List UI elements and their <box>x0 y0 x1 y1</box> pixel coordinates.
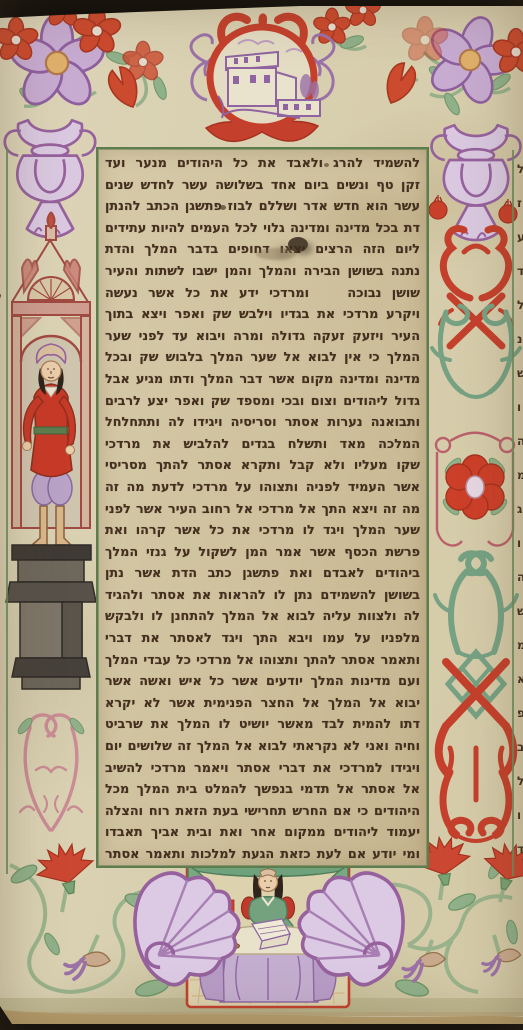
text-line: וחיה ואני לא נקראתי לבוא אל המלך זה שלוש… <box>105 736 420 758</box>
edge-letter: ז <box>517 196 523 210</box>
hand-right <box>66 446 75 455</box>
text-line: היהודים כי אם החרש תחרישי בעת הזאת רוח ו… <box>105 801 420 823</box>
edge-letter: ב <box>0 738 6 752</box>
edge-letter: י <box>0 458 6 472</box>
edge-letter: ד <box>517 842 523 856</box>
edge-letter: נ <box>517 332 523 346</box>
text-line: מה זה ויצא התך אל מרדכי אל רחוב העיר אשר… <box>105 499 420 521</box>
edge-letter: ד <box>517 264 523 278</box>
edge-letter: ב <box>517 740 523 754</box>
edge-letter: ש <box>0 290 6 304</box>
text-line: ויגידו למרדכי את דברי אסתר ויאמר מרדכי ל… <box>105 758 420 780</box>
edge-letter: ו <box>517 400 523 414</box>
edge-letter: מ <box>517 638 523 652</box>
text-line: שער המלך ויגד לו מרדכי את כל אשר קרהו וא… <box>105 520 420 542</box>
stone-pedestal <box>6 545 96 689</box>
red-acanthus-cross <box>440 229 512 346</box>
text-line: ותבואנה נערות אסתר וסריסיה ויגידו לה ותת… <box>105 412 420 434</box>
edge-letter: ם <box>0 794 6 808</box>
text-line: אשר העמיד לפניה ותצוהו על מרדכי לדעת מה … <box>105 477 420 499</box>
text-line: שושן נבוכה ומרדכי ידע את כל אשר נעשה <box>105 283 420 305</box>
edge-letter: ל <box>0 598 6 612</box>
pink-scroll-ornament <box>20 715 82 830</box>
text-line: ומי יודע אם לעת כזאת הגעת למלכות ותאמר א… <box>105 844 420 866</box>
text-line: להשמיד להרג ולאבד את כל היהודים מנער ועד <box>105 153 420 175</box>
edge-letter: ה <box>517 434 523 448</box>
edge-letter: ג <box>517 502 523 516</box>
edge-letter: ד <box>0 430 6 444</box>
edge-letter: ב <box>0 262 6 276</box>
edge-letter: ל <box>517 774 523 788</box>
rose-cartouche <box>436 433 514 546</box>
edge-letter: ש <box>517 604 523 618</box>
edge-letter: ה <box>0 626 6 640</box>
text-line: ועם מדינות המלך יודעים אשר כל איש ואשה א… <box>105 671 420 693</box>
text-line: יעמוד ליהודים ממקום אחר ואת ובית אביך תא… <box>105 822 420 844</box>
coat-skirt <box>31 430 72 477</box>
text-line: ליום הזה הרצים יצאו דחופים בדבר המלך והד… <box>105 239 420 261</box>
edge-letter: ו <box>517 808 523 822</box>
edge-strip-right: לזעדלנשוהמגוהשמאפבלוד <box>517 142 523 882</box>
text-line: לה ולצוות עליה לבוא אל המלך להתחנן לו ול… <box>105 606 420 628</box>
edge-letter: ז <box>0 710 6 724</box>
edge-letter: ם <box>0 486 6 500</box>
edge-letter: ל <box>517 298 523 312</box>
text-line: המלך כי אין לבוא אל שער המלך בלבוש שק וב… <box>105 347 420 369</box>
edge-letter: ו <box>517 536 523 550</box>
edge-letter: ע <box>517 230 523 244</box>
edge-letter: ל <box>517 162 523 176</box>
text-line: גדול ליהודים וצום ובכי ומספד שק ואפר יצע… <box>105 391 420 413</box>
text-line: זקן טף ונשים ביום אחד בשלושה עשר לחדש שנ… <box>105 175 420 197</box>
edge-letter: ם <box>0 178 6 192</box>
edge-letter: ם <box>0 682 6 696</box>
text-line: עשר הוא חדש אדר ושללם לבוז פתשגן הכתב לה… <box>105 196 420 218</box>
edge-strip-left: ךםותבשלהרןדיםותבלהרםזבתם <box>0 142 6 882</box>
text-line: שקו מעליו ולא קבל ותקרא אסתר להתך מסריסי… <box>105 455 420 477</box>
text-line: דתו להמית לבד מאשר יושיט לו המלך את שרבי… <box>105 714 420 736</box>
manuscript-page: להשמיד להרג ולאבד את כל היהודים מנער ועד… <box>0 0 523 1030</box>
edge-letter: ה <box>517 570 523 584</box>
text-line: יבוא אל המלך אל החצר הפנימית אשר לא יקרא… <box>105 693 420 715</box>
edge-letter: ב <box>0 570 6 584</box>
edge-letter: מ <box>517 468 523 482</box>
edge-letter: ת <box>0 234 6 248</box>
edge-letter: ת <box>0 542 6 556</box>
text-line: פרשת הכסף אשר אמר המן לשקול על גנזי המלך <box>105 542 420 564</box>
text-lines: להשמיד להרג ולאבד את כל היהודים מנער ועד… <box>105 153 420 866</box>
text-line: נתנה בשושן הבירה והמלך והמן ישבו לשתות ו… <box>105 261 420 283</box>
edge-letter: ו <box>0 206 6 220</box>
top-medallion <box>191 16 334 141</box>
text-line: המלכה מאד ותשלח בגדים להלביש את מרדכי ול… <box>105 434 420 456</box>
text-line: ויקרע מרדכי את בגדיו וילבש שק ואפר ויצא … <box>105 304 420 326</box>
edge-letter: ך <box>0 150 6 164</box>
belt <box>34 427 67 434</box>
left-border-column <box>5 120 96 830</box>
green-double-scroll <box>435 553 517 657</box>
edge-letter: ל <box>0 318 6 332</box>
text-line: אל אסתר אל תדמי בנפשך להמלט בית המלך מכל <box>105 779 420 801</box>
edge-letter: ר <box>0 654 6 668</box>
text-line: העיר ויזעק זעקה גדולה ומרה ויבוא עד לפני… <box>105 326 420 348</box>
edge-letter: ה <box>0 346 6 360</box>
text-line: ותאמר אסתר להתך ותצוהו אל מרדכי כל עבדי … <box>105 650 420 672</box>
hebrew-text-block: להשמיד להרג ולאבד את כל היהודים מנער ועד… <box>96 147 429 868</box>
edge-letter: פ <box>517 706 523 720</box>
text-line: דת בכל מדינה ומדינה גלוי לכל העמים להיות… <box>105 218 420 240</box>
text-line: ביהודים לאבדם ואת פתשגן כתב הדת אשר נתן <box>105 563 420 585</box>
bottom-vignette <box>128 857 410 1007</box>
edge-letter: ן <box>0 402 6 416</box>
text-line: מלפניו על עמו ויבא התך ויגד לאסתר את דבר… <box>105 628 420 650</box>
right-border-column <box>432 125 521 841</box>
edge-letter: ש <box>517 366 523 380</box>
pinnacle-flame <box>48 212 55 228</box>
edge-letter: ו <box>0 514 6 528</box>
rose-flower <box>441 455 509 519</box>
text-line: מדינה ומדינה מקום אשר דבר המלך ודתו מגיע… <box>105 369 420 391</box>
edge-letter: ת <box>0 766 6 780</box>
edge-letter: א <box>517 672 523 686</box>
text-line: בשושן להשמידם נתן לו להראות את אסתר ולהג… <box>105 585 420 607</box>
hand-left <box>23 442 32 451</box>
edge-letter: ר <box>0 374 6 388</box>
